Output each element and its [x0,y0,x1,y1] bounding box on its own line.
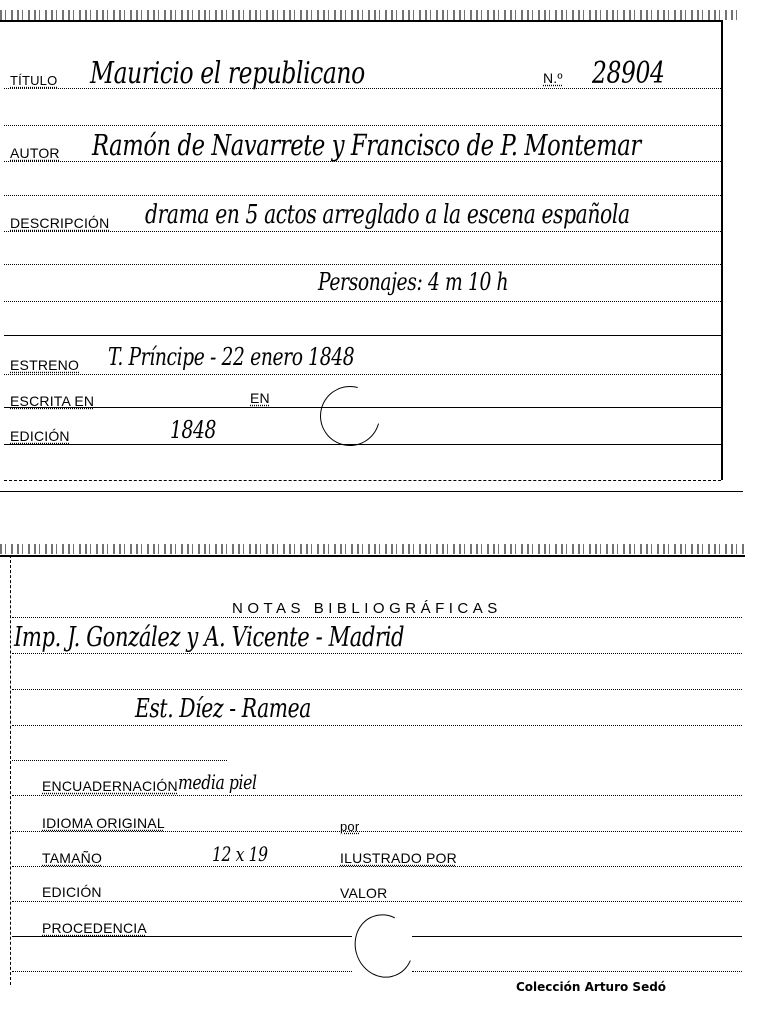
card-left-edge [10,555,11,985]
note-line-2: Est. Díez - Ramea [135,694,311,724]
row-rule [12,794,742,796]
scan-noise-edge [0,544,745,554]
label-idioma-original: IDIOMA ORIGINAL [42,815,165,831]
row-rule [412,935,742,937]
label-tamano: TAMAÑO [42,850,102,866]
row-rule [4,230,721,232]
card-top-edge [0,20,722,22]
card-top-edge [0,555,745,557]
row-rule [4,300,721,302]
value-autor: Ramón de Navarrete y Francisco de P. Mon… [92,128,641,162]
catalog-card-back: NOTAS BIBLIOGRÁFICAS Imp. J. González y … [0,538,759,1028]
value-edicion: 1848 [170,416,216,444]
label-edicion: EDICIÓN [10,428,70,444]
value-personajes: Personajes: 4 m 10 h [318,268,508,296]
row-rule [4,334,721,336]
value-numero: 28904 [592,56,664,91]
label-valor: VALOR [340,885,387,901]
row-rule [12,759,227,761]
card-right-edge [721,20,723,480]
row-rule [4,124,721,126]
collection-credit: Colección Arturo Sedó [516,980,666,994]
row-rule [12,970,352,972]
label-encuadernacion: ENCUADERNACIÓN [42,778,178,794]
label-escrita-en: ESCRITA EN [10,393,94,409]
label-edicion-back: EDICIÓN [42,884,102,900]
card-separator [0,491,743,492]
notas-heading: NOTAS BIBLIOGRÁFICAS [232,600,502,617]
row-rule [4,479,721,481]
row-rule [12,688,742,690]
value-titulo: Mauricio el republicano [90,56,365,91]
value-descripcion: drama en 5 actos arreglado a la escena e… [145,200,630,230]
row-rule [4,194,721,196]
label-por: por [340,819,359,834]
label-estreno: ESTRENO [10,357,79,373]
label-descripcion: DESCRIPCIÓN [10,215,109,231]
value-tamano: 12 x 19 [212,842,268,866]
row-rule [412,970,742,972]
row-rule [4,263,721,265]
row-rule [12,616,742,618]
punch-hole-mark [346,906,422,986]
catalog-card-front: TÍTULO N.º AUTOR DESCRIPCIÓN ESTRENO ESC… [0,0,759,495]
note-line-1: Imp. J. González y A. Vicente - Madrid [14,622,404,653]
row-rule [12,724,742,726]
label-procedencia: PROCEDENCIA [42,920,147,936]
label-en: EN [250,390,270,406]
label-ilustrado-por: ILUSTRADO POR [340,850,457,866]
row-rule [4,373,721,375]
value-estreno: T. Príncipe - 22 enero 1848 [108,343,354,371]
value-encuadernacion: media piel [178,770,257,794]
label-numero: N.º [543,70,563,86]
label-titulo: TÍTULO [10,73,57,88]
label-autor: AUTOR [10,145,60,161]
scan-noise-edge [0,10,740,20]
